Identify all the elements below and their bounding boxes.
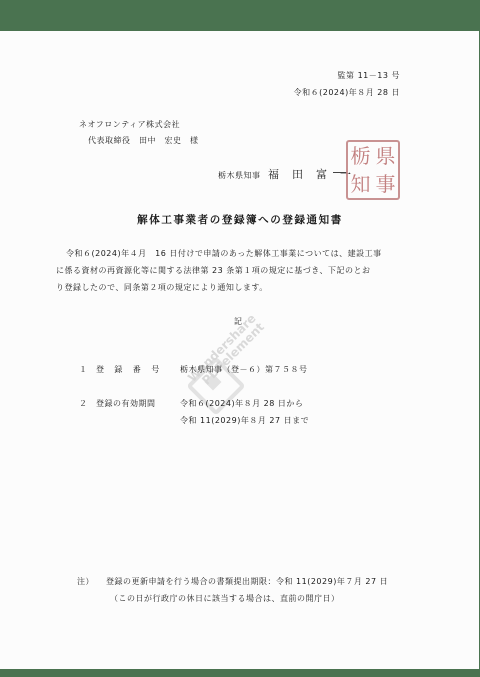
body-line-1: 令和６(2024)年４月 16 日付けで申請のあった解体工事業については、建設工… xyxy=(66,248,382,259)
item-1-value: 栃木県知事（登－６）第７５８号 xyxy=(180,364,308,375)
item-2-value-2: 令和 11(2029)年８月 27 日まで xyxy=(180,415,309,426)
item-2-number: ２ xyxy=(79,398,88,409)
item-1-label: 登 録 番 号 xyxy=(96,364,160,375)
document-title: 解体工事業者の登録簿への登録通知書 xyxy=(0,212,480,227)
note-line-1: 登録の更新申請を行う場合の書類提出期限：令和 11(2029)年７月 27 日 xyxy=(106,576,388,587)
seal-char: 栃 xyxy=(348,146,373,166)
note-prefix: 注） xyxy=(77,576,94,587)
note-line-2: （この日が行政庁の休日に該当する場合は、直前の開庁日） xyxy=(110,593,340,604)
recipient-company: ネオフロンティア株式会社 xyxy=(79,119,180,130)
sender-name: 福 田 富 一 xyxy=(268,166,352,182)
document-number: 監第 11－13 号 xyxy=(338,70,400,81)
item-2-label: 登録の有効期間 xyxy=(96,398,156,409)
body-line-3: り登録したので、同条第２項の規定により通知します。 xyxy=(56,282,268,293)
seal-char: 事 xyxy=(373,174,398,194)
seal-char: 知 xyxy=(348,174,373,194)
body-line-2: に係る資材の再資源化等に関する法律第 23 条第１項の規定に基づき、下記のとお xyxy=(56,265,370,276)
seal-line xyxy=(333,172,347,173)
document-date: 令和６(2024)年８月 28 日 xyxy=(294,87,400,98)
seal-char: 県 xyxy=(373,146,398,166)
recipient-representative: 代表取締役 田中 宏史 様 xyxy=(88,135,199,146)
sender-title: 栃木県知事 xyxy=(218,170,261,181)
item-1-number: １ xyxy=(79,364,88,375)
item-2-value-1: 令和６(2024)年８月 28 日から xyxy=(180,398,303,409)
ki-label: 記 xyxy=(234,316,243,327)
sender-name-text: 福 田 富 一 xyxy=(268,168,352,181)
official-seal-icon: 栃 県 知 事 xyxy=(346,140,400,200)
